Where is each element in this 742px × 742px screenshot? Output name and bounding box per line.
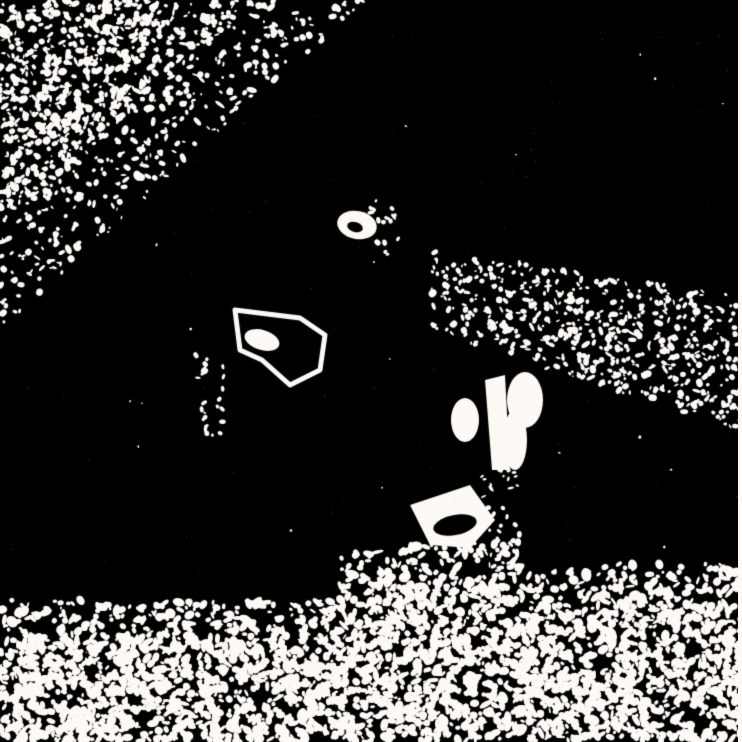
image-border	[738, 0, 742, 742]
thresholded-photo	[0, 0, 742, 742]
photograph: High-contrast thresholded black-and-whit…	[0, 0, 742, 742]
